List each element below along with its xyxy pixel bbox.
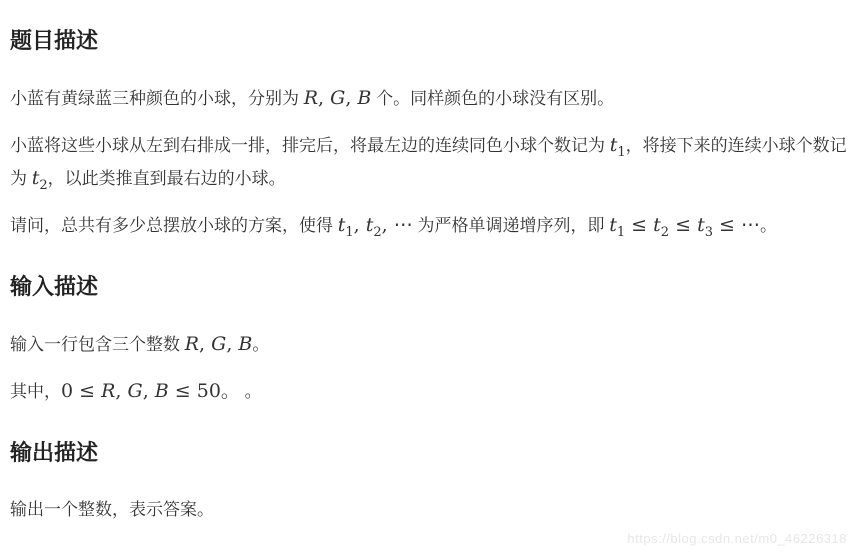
paragraph: 输出一个整数，表示答案。: [10, 494, 847, 526]
watermark: https://blog.csdn.net/m0_46226318: [627, 531, 847, 546]
text-run: 为严格单调递增序列，即: [413, 216, 609, 235]
paragraph: 输入一行包含三个整数 R, G, B。: [10, 328, 847, 361]
paragraph: 小蓝有黄绿蓝三种颜色的小球，分别为 R, G, B 个。同样颜色的小球没有区别。: [10, 82, 847, 115]
text-run: 请问，总共有多少总摆放小球的方案，使得: [10, 216, 338, 235]
text-run: 。: [760, 216, 777, 235]
text-run: 。: [240, 382, 262, 401]
text-run: 输入一行包含三个整数: [10, 335, 185, 354]
text-run: 小蓝有黄绿蓝三种颜色的小球，分别为: [10, 89, 304, 108]
math-formula: R, G, B: [304, 87, 372, 109]
text-run: 小蓝将这些小球从左到右排成一排，排完后，将最左边的连续同色小球个数记为: [10, 136, 610, 155]
paragraph: 请问，总共有多少总摆放小球的方案，使得 t1, t2, ⋯ 为严格单调递增序列，…: [10, 209, 847, 242]
math-formula: 0 ≤ R, G, B ≤ 50。: [61, 380, 240, 402]
math-formula: t1 ≤ t2 ≤ t3 ≤ ⋯: [609, 214, 760, 236]
article-content: 题目描述小蓝有黄绿蓝三种颜色的小球，分别为 R, G, B 个。同样颜色的小球没…: [0, 0, 857, 526]
text-run: 输出一个整数，表示答案。: [10, 500, 214, 519]
text-run: ，以此类推直到最右边的小球。: [48, 169, 286, 188]
paragraph: 小蓝将这些小球从左到右排成一排，排完后，将最左边的连续同色小球个数记为 t1，将…: [10, 129, 847, 195]
math-formula: t2: [32, 167, 48, 189]
heading-input-description: 输入描述: [10, 274, 847, 300]
text-run: 其中，: [10, 382, 61, 401]
text-run: 。: [252, 335, 269, 354]
heading-output-description: 输出描述: [10, 440, 847, 466]
text-run: 个。同样颜色的小球没有区别。: [371, 89, 614, 108]
math-formula: t1, t2, ⋯: [338, 214, 413, 236]
math-formula: t1: [610, 134, 626, 156]
math-formula: R, G, B: [185, 333, 253, 355]
paragraph: 其中，0 ≤ R, G, B ≤ 50。 。: [10, 375, 847, 408]
heading-problem-description: 题目描述: [10, 28, 847, 54]
